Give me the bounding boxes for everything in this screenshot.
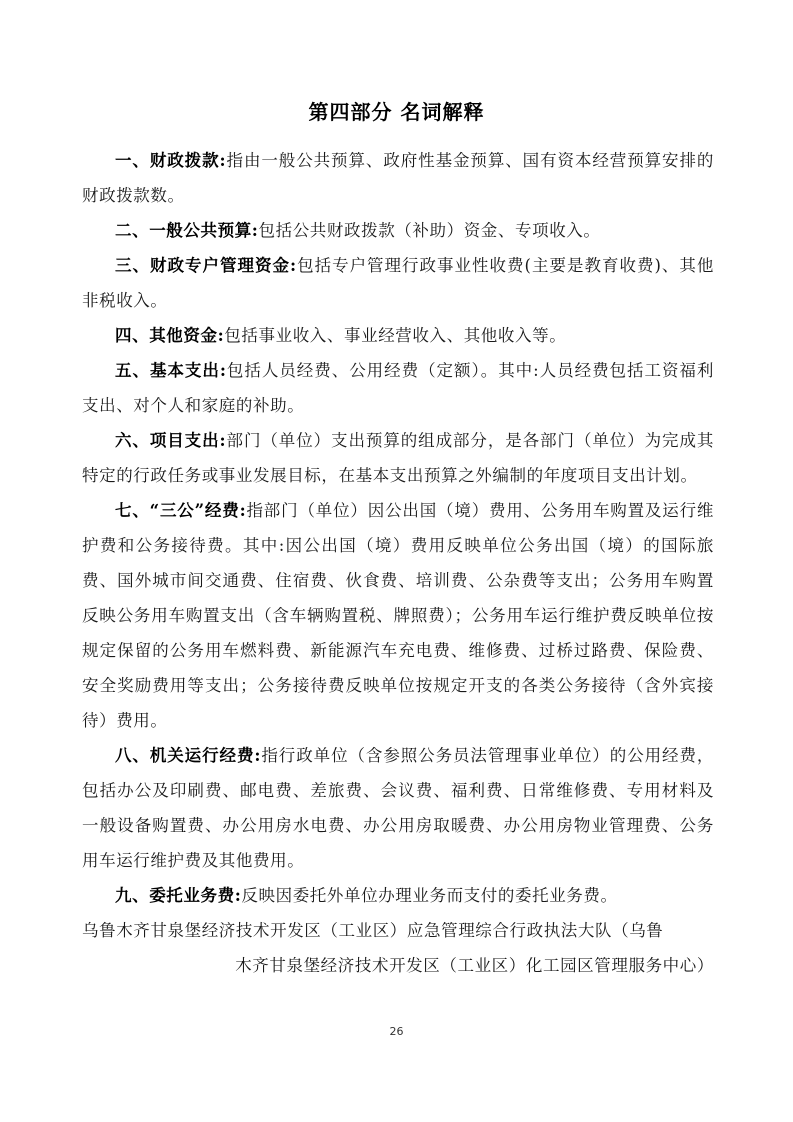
page-number: 26 — [0, 1025, 793, 1038]
definition-text: 包括事业收入、事业经营收入、其他收入等。 — [224, 326, 566, 345]
definition-text: 反映因委托外单位办理业务而支付的委托业务费。 — [241, 886, 617, 905]
definition-term: 四、其他资金: — [115, 326, 224, 345]
organization-line-2: 木齐甘泉堡经济技术开发区（工业区）化工园区管理服务中心） — [82, 948, 714, 983]
definition-term: 五、基本支出: — [115, 361, 227, 380]
organization-line-1: 乌鲁木齐甘泉堡经济技术开发区（工业区）应急管理综合行政执法大队（乌鲁 — [82, 913, 714, 948]
organization-name: 乌鲁木齐甘泉堡经济技术开发区（工业区）应急管理综合行政执法大队（乌鲁 木齐甘泉堡… — [82, 913, 714, 983]
definition-item: 一、财政拨款:指由一般公共预算、政府性基金预算、国有资本经营预算安排的财政拨款数… — [82, 143, 714, 213]
definition-term: 一、财政拨款: — [115, 151, 226, 170]
definition-item: 三、财政专户管理资金:包括专户管理行政事业性收费(主要是教育收费)、其他非税收入… — [82, 248, 714, 318]
page-title: 第四部分 名词解释 — [0, 96, 793, 125]
definition-item: 六、项目支出:部门（单位）支出预算的组成部分，是各部门（单位）为完成其特定的行政… — [82, 423, 714, 493]
definition-item: 九、委托业务费:反映因委托外单位办理业务而支付的委托业务费。 — [82, 878, 714, 913]
definition-term: 六、项目支出: — [115, 431, 226, 450]
definition-item: 五、基本支出:包括人员经费、公用经费（定额）。其中:人员经费包括工资福利支出、对… — [82, 353, 714, 423]
definitions-list: 一、财政拨款:指由一般公共预算、政府性基金预算、国有资本经营预算安排的财政拨款数… — [82, 143, 714, 983]
definition-term: 八、机关运行经费: — [115, 746, 261, 765]
definition-text: 指部门（单位）因公出国（境）费用、公务用车购置及运行维护费和公务接待费。其中:因… — [82, 501, 714, 730]
definition-text: 包括公共财政拨款（补助）资金、专项收入。 — [259, 221, 601, 240]
definition-item: 四、其他资金:包括事业收入、事业经营收入、其他收入等。 — [82, 318, 714, 353]
definition-term: 九、委托业务费: — [115, 886, 241, 905]
definition-term: 七、“三公”经费: — [115, 501, 246, 520]
definition-item: 八、机关运行经费:指行政单位（含参照公务员法管理事业单位）的公用经费，包括办公及… — [82, 738, 714, 878]
definition-term: 二、一般公共预算: — [115, 221, 259, 240]
definition-item: 七、“三公”经费:指部门（单位）因公出国（境）费用、公务用车购置及运行维护费和公… — [82, 493, 714, 738]
definition-term: 三、财政专户管理资金: — [115, 256, 297, 275]
definition-item: 二、一般公共预算:包括公共财政拨款（补助）资金、专项收入。 — [82, 213, 714, 248]
